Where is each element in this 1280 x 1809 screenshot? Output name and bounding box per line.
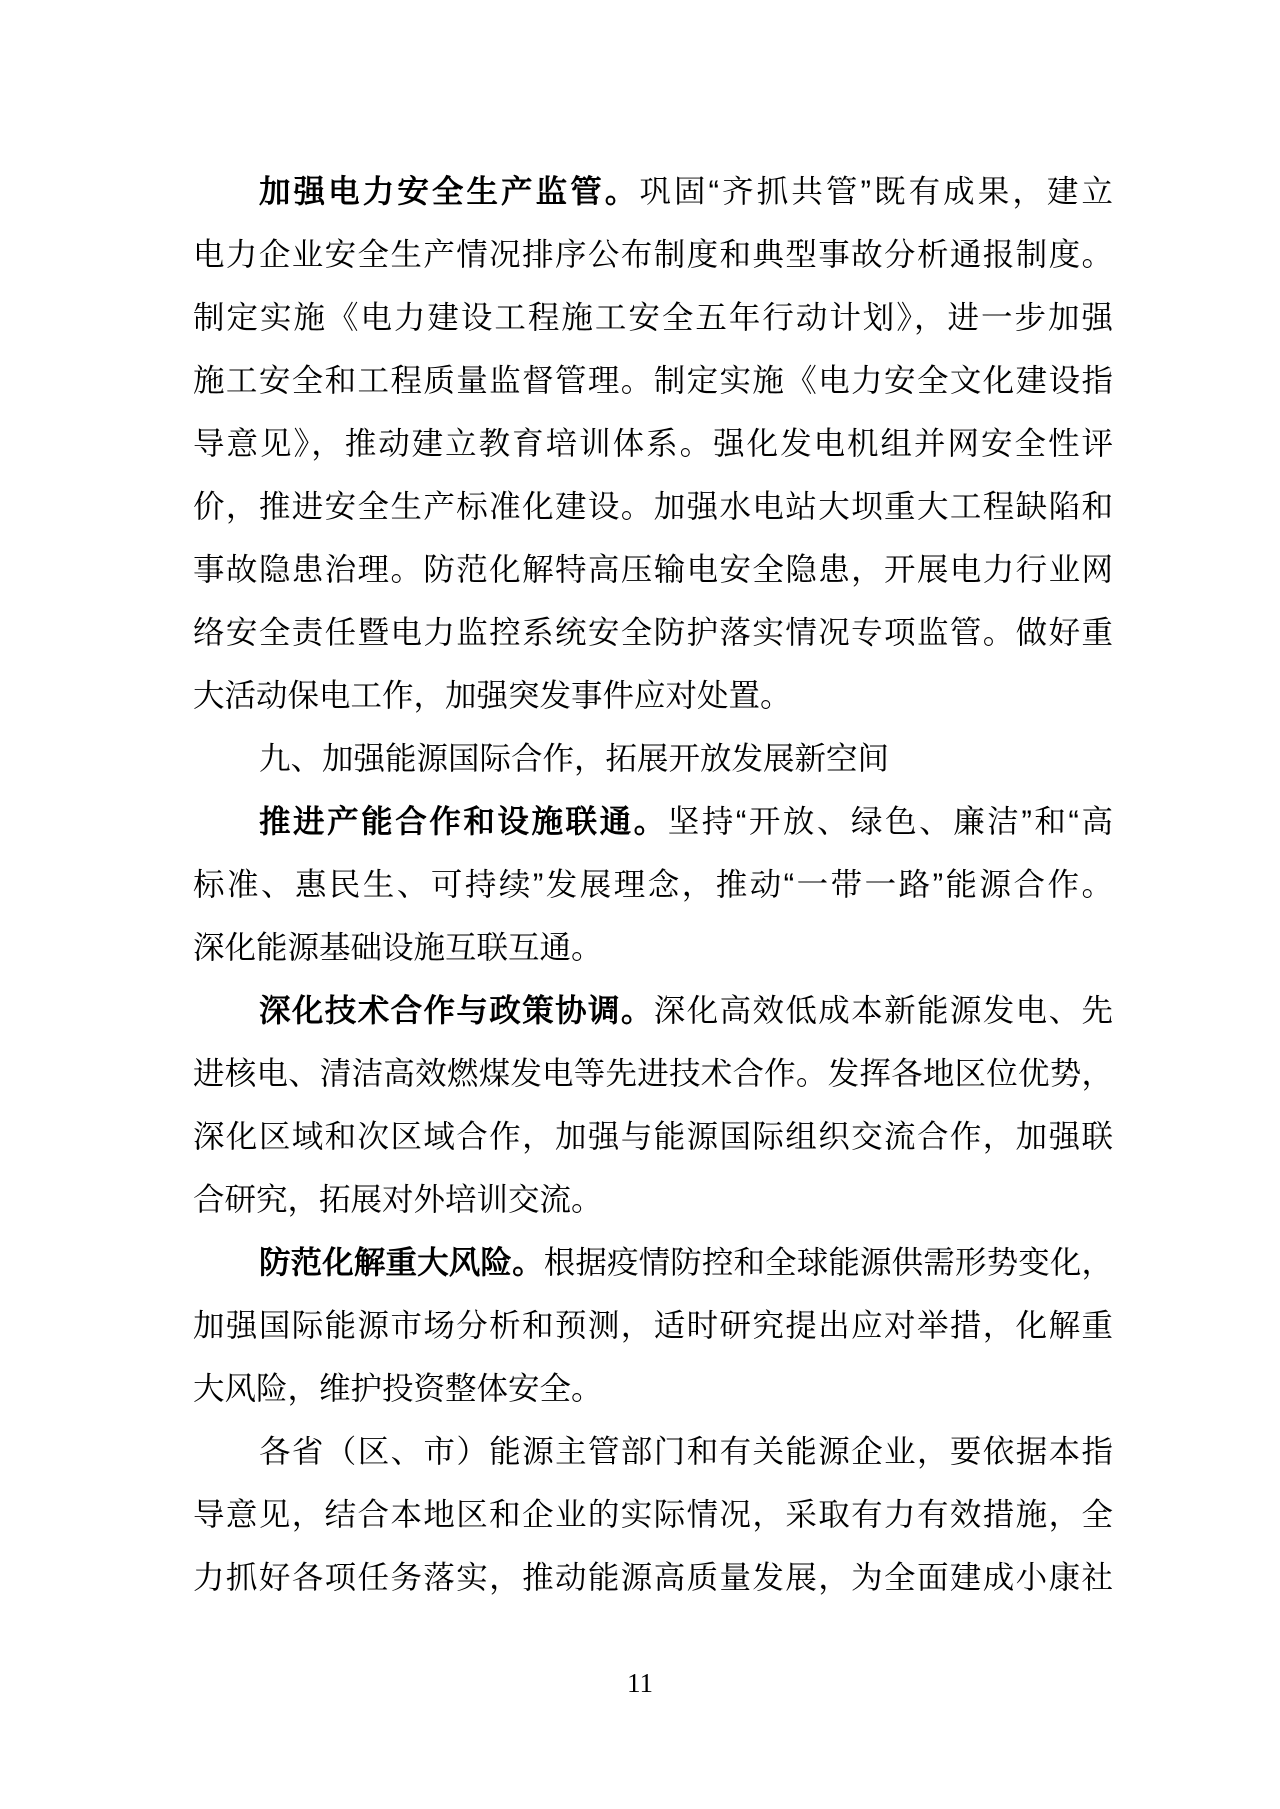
text-line: 深化能源基础设施互联互通。: [193, 916, 1113, 979]
text-line: 合研究，拓展对外培训交流。: [193, 1168, 1113, 1231]
page-number: 11: [0, 1668, 1280, 1698]
paragraph-bold-lead: 加强电力安全生产监管。: [259, 173, 639, 209]
line-text: 电力企业安全生产情况排序公布制度和典型事故分析通报制度。: [193, 236, 1113, 272]
text-line: 事故隐患治理。防范化解特高压输电安全隐患，开展电力行业网: [193, 538, 1113, 601]
text-line: 力抓好各项任务落实，推动能源高质量发展，为全面建成小康社: [193, 1546, 1113, 1609]
text-line: 进核电、清洁高效燃煤发电等先进技术合作。发挥各地区位优势，: [193, 1042, 1113, 1105]
document-body: 加强电力安全生产监管。巩固“齐抓共管”既有成果，建立 电力企业安全生产情况排序公…: [193, 160, 1113, 1609]
paragraph-bold-lead: 防范化解重大风险。: [259, 1244, 544, 1280]
text-line: 导意见，结合本地区和企业的实际情况，采取有力有效措施，全: [193, 1483, 1113, 1546]
paragraph-bold-lead: 推进产能合作和设施联通。: [259, 803, 668, 839]
line-text: 事故隐患治理。防范化解特高压输电安全隐患，开展电力行业网: [193, 551, 1113, 587]
text-line: 标准、惠民生、可持续”发展理念，推动“一带一路”能源合作。: [193, 853, 1113, 916]
text-line: 防范化解重大风险。根据疫情防控和全球能源供需形势变化，: [193, 1231, 1113, 1294]
line-text: 施工安全和工程质量监督管理。制定实施《电力安全文化建设指: [193, 362, 1113, 398]
text-line: 大风险，维护投资整体安全。: [193, 1357, 1113, 1420]
text-line: 制定实施《电力建设工程施工安全五年行动计划》，进一步加强: [193, 286, 1113, 349]
line-text: 坚持“开放、绿色、廉洁”和“高: [668, 803, 1113, 839]
line-text: 进核电、清洁高效燃煤发电等先进技术合作。发挥各地区位优势，: [193, 1055, 1113, 1091]
document-page: 加强电力安全生产监管。巩固“齐抓共管”既有成果，建立 电力企业安全生产情况排序公…: [0, 0, 1280, 1809]
text-line: 九、加强能源国际合作，拓展开放发展新空间: [193, 727, 1113, 790]
paragraph-bold-lead: 深化技术合作与政策协调。: [259, 992, 654, 1028]
text-line: 导意见》，推动建立教育培训体系。强化发电机组并网安全性评: [193, 412, 1113, 475]
line-text: 导意见，结合本地区和企业的实际情况，采取有力有效措施，全: [193, 1496, 1113, 1532]
line-text: 大风险，维护投资整体安全。: [193, 1370, 603, 1406]
text-line: 各省（区、市）能源主管部门和有关能源企业，要依据本指: [193, 1420, 1113, 1483]
text-line: 深化区域和次区域合作，加强与能源国际组织交流合作，加强联: [193, 1105, 1113, 1168]
text-line: 施工安全和工程质量监督管理。制定实施《电力安全文化建设指: [193, 349, 1113, 412]
line-text: 标准、惠民生、可持续”发展理念，推动“一带一路”能源合作。: [193, 866, 1113, 902]
text-line: 加强电力安全生产监管。巩固“齐抓共管”既有成果，建立: [193, 160, 1113, 223]
line-text: 深化区域和次区域合作，加强与能源国际组织交流合作，加强联: [193, 1118, 1113, 1154]
line-text: 深化能源基础设施互联互通。: [193, 929, 603, 965]
text-line: 加强国际能源市场分析和预测，适时研究提出应对举措，化解重: [193, 1294, 1113, 1357]
line-text: 合研究，拓展对外培训交流。: [193, 1181, 603, 1217]
line-text: 制定实施《电力建设工程施工安全五年行动计划》，进一步加强: [193, 299, 1113, 335]
line-text: 络安全责任暨电力监控系统安全防护落实情况专项监管。做好重: [193, 614, 1113, 650]
text-line: 价，推进安全生产标准化建设。加强水电站大坝重大工程缺陷和: [193, 475, 1113, 538]
text-line: 深化技术合作与政策协调。深化高效低成本新能源发电、先: [193, 979, 1113, 1042]
line-text: 导意见》，推动建立教育培训体系。强化发电机组并网安全性评: [193, 425, 1113, 461]
line-text: 巩固“齐抓共管”既有成果，建立: [639, 173, 1113, 209]
text-line: 络安全责任暨电力监控系统安全防护落实情况专项监管。做好重: [193, 601, 1113, 664]
line-text: 深化高效低成本新能源发电、先: [654, 992, 1113, 1028]
line-text: 价，推进安全生产标准化建设。加强水电站大坝重大工程缺陷和: [193, 488, 1113, 524]
line-text: 九、加强能源国际合作，拓展开放发展新空间: [259, 740, 889, 776]
line-text: 各省（区、市）能源主管部门和有关能源企业，要依据本指: [259, 1433, 1113, 1469]
line-text: 根据疫情防控和全球能源供需形势变化，: [544, 1244, 1113, 1280]
text-line: 推进产能合作和设施联通。坚持“开放、绿色、廉洁”和“高: [193, 790, 1113, 853]
line-text: 加强国际能源市场分析和预测，适时研究提出应对举措，化解重: [193, 1307, 1113, 1343]
text-line: 大活动保电工作，加强突发事件应对处置。: [193, 664, 1113, 727]
line-text: 大活动保电工作，加强突发事件应对处置。: [193, 677, 792, 713]
text-line: 电力企业安全生产情况排序公布制度和典型事故分析通报制度。: [193, 223, 1113, 286]
line-text: 力抓好各项任务落实，推动能源高质量发展，为全面建成小康社: [193, 1559, 1113, 1595]
